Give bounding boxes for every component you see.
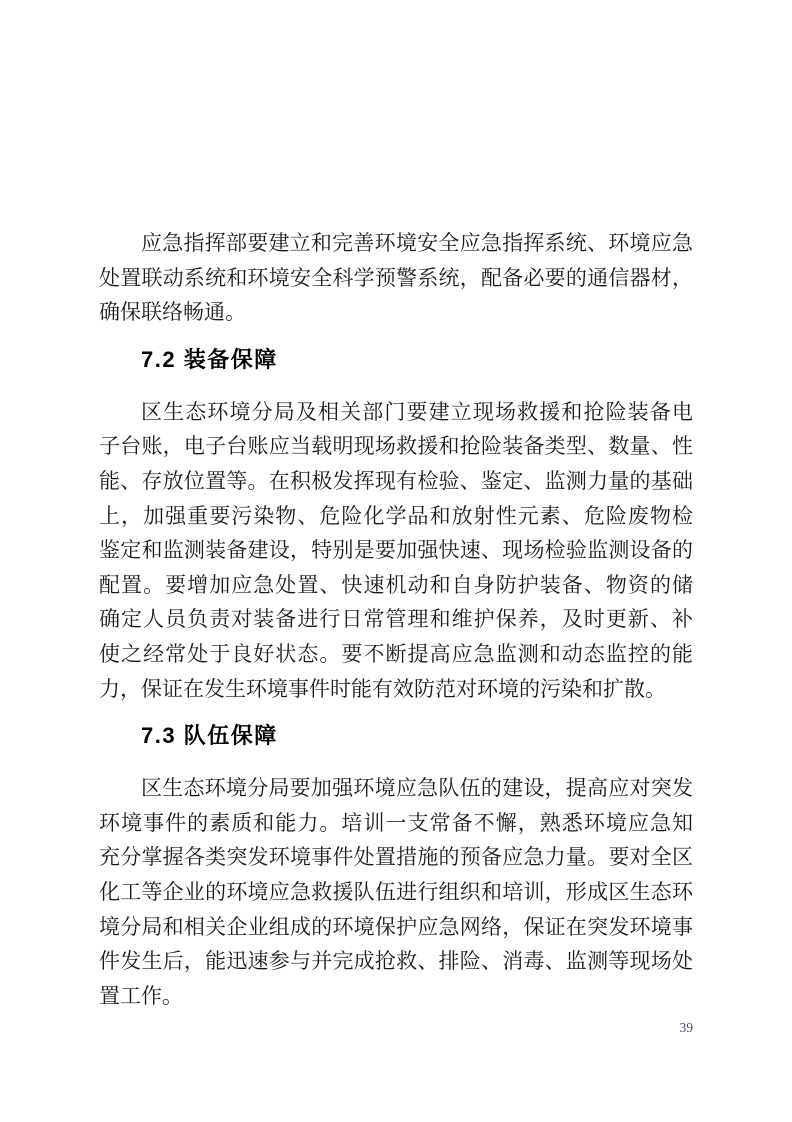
- document-page: 应急指挥部要建立和完善环境安全应急指挥系统、环境应急处置联动系统和环境安全科学预…: [0, 0, 792, 1122]
- text-line: 应急指挥部要建立和完善环境安全应急指挥系统、环境应急: [99, 226, 693, 261]
- section-heading-7-2: 7.2 装备保障: [99, 346, 693, 373]
- text-line: 置工作。: [99, 979, 693, 1014]
- text-line: 确定人员负责对装备进行日常管理和维护保养，及时更新、补充，: [99, 602, 693, 637]
- text-line: 区生态环境分局及相关部门要建立现场救援和抢险装备电: [99, 395, 693, 430]
- page-content: 应急指挥部要建立和完善环境安全应急指挥系统、环境应急处置联动系统和环境安全科学预…: [99, 226, 693, 1013]
- paragraph-team-support: 区生态环境分局要加强环境应急队伍的建设，提高应对突发环境事件的素质和能力。培训一…: [99, 771, 693, 1013]
- text-line: 上，加强重要污染物、危险化学品和放射性元素、危险废物检验、: [99, 499, 693, 534]
- text-line: 使之经常处于良好状态。要不断提高应急监测和动态监控的能: [99, 637, 693, 672]
- paragraph-equipment-support: 区生态环境分局及相关部门要建立现场救援和抢险装备电子台账，电子台账应当载明现场救…: [99, 395, 693, 706]
- text-line: 处置联动系统和环境安全科学预警系统，配备必要的通信器材，: [99, 261, 693, 296]
- text-line: 区生态环境分局要加强环境应急队伍的建设，提高应对突发: [99, 771, 693, 806]
- section-heading-7-3: 7.3 队伍保障: [99, 722, 693, 749]
- text-line: 充分掌握各类突发环境事件处置措施的预备应急力量。要对全区: [99, 840, 693, 875]
- text-line: 化工等企业的环境应急救援队伍进行组织和培训，形成区生态环: [99, 875, 693, 910]
- text-line: 件发生后，能迅速参与并完成抢救、排险、消毒、监测等现场处: [99, 944, 693, 979]
- text-line: 配置。要增加应急处置、快速机动和自身防护装备、物资的储备，: [99, 568, 693, 603]
- page-number: 39: [680, 1019, 694, 1036]
- text-line: 鉴定和监测装备建设，特别是要加强快速、现场检验监测设备的: [99, 533, 693, 568]
- text-line: 确保联络畅通。: [99, 295, 693, 330]
- paragraph-command-systems: 应急指挥部要建立和完善环境安全应急指挥系统、环境应急处置联动系统和环境安全科学预…: [99, 226, 693, 330]
- text-line: 环境事件的素质和能力。培训一支常备不懈，熟悉环境应急知识，: [99, 806, 693, 841]
- text-line: 境分局和相关企业组成的环境保护应急网络，保证在突发环境事: [99, 910, 693, 945]
- text-line: 子台账，电子台账应当载明现场救援和抢险装备类型、数量、性: [99, 429, 693, 464]
- text-line: 力，保证在发生环境事件时能有效防范对环境的污染和扩散。: [99, 672, 693, 707]
- text-line: 能、存放位置等。在积极发挥现有检验、鉴定、监测力量的基础: [99, 464, 693, 499]
